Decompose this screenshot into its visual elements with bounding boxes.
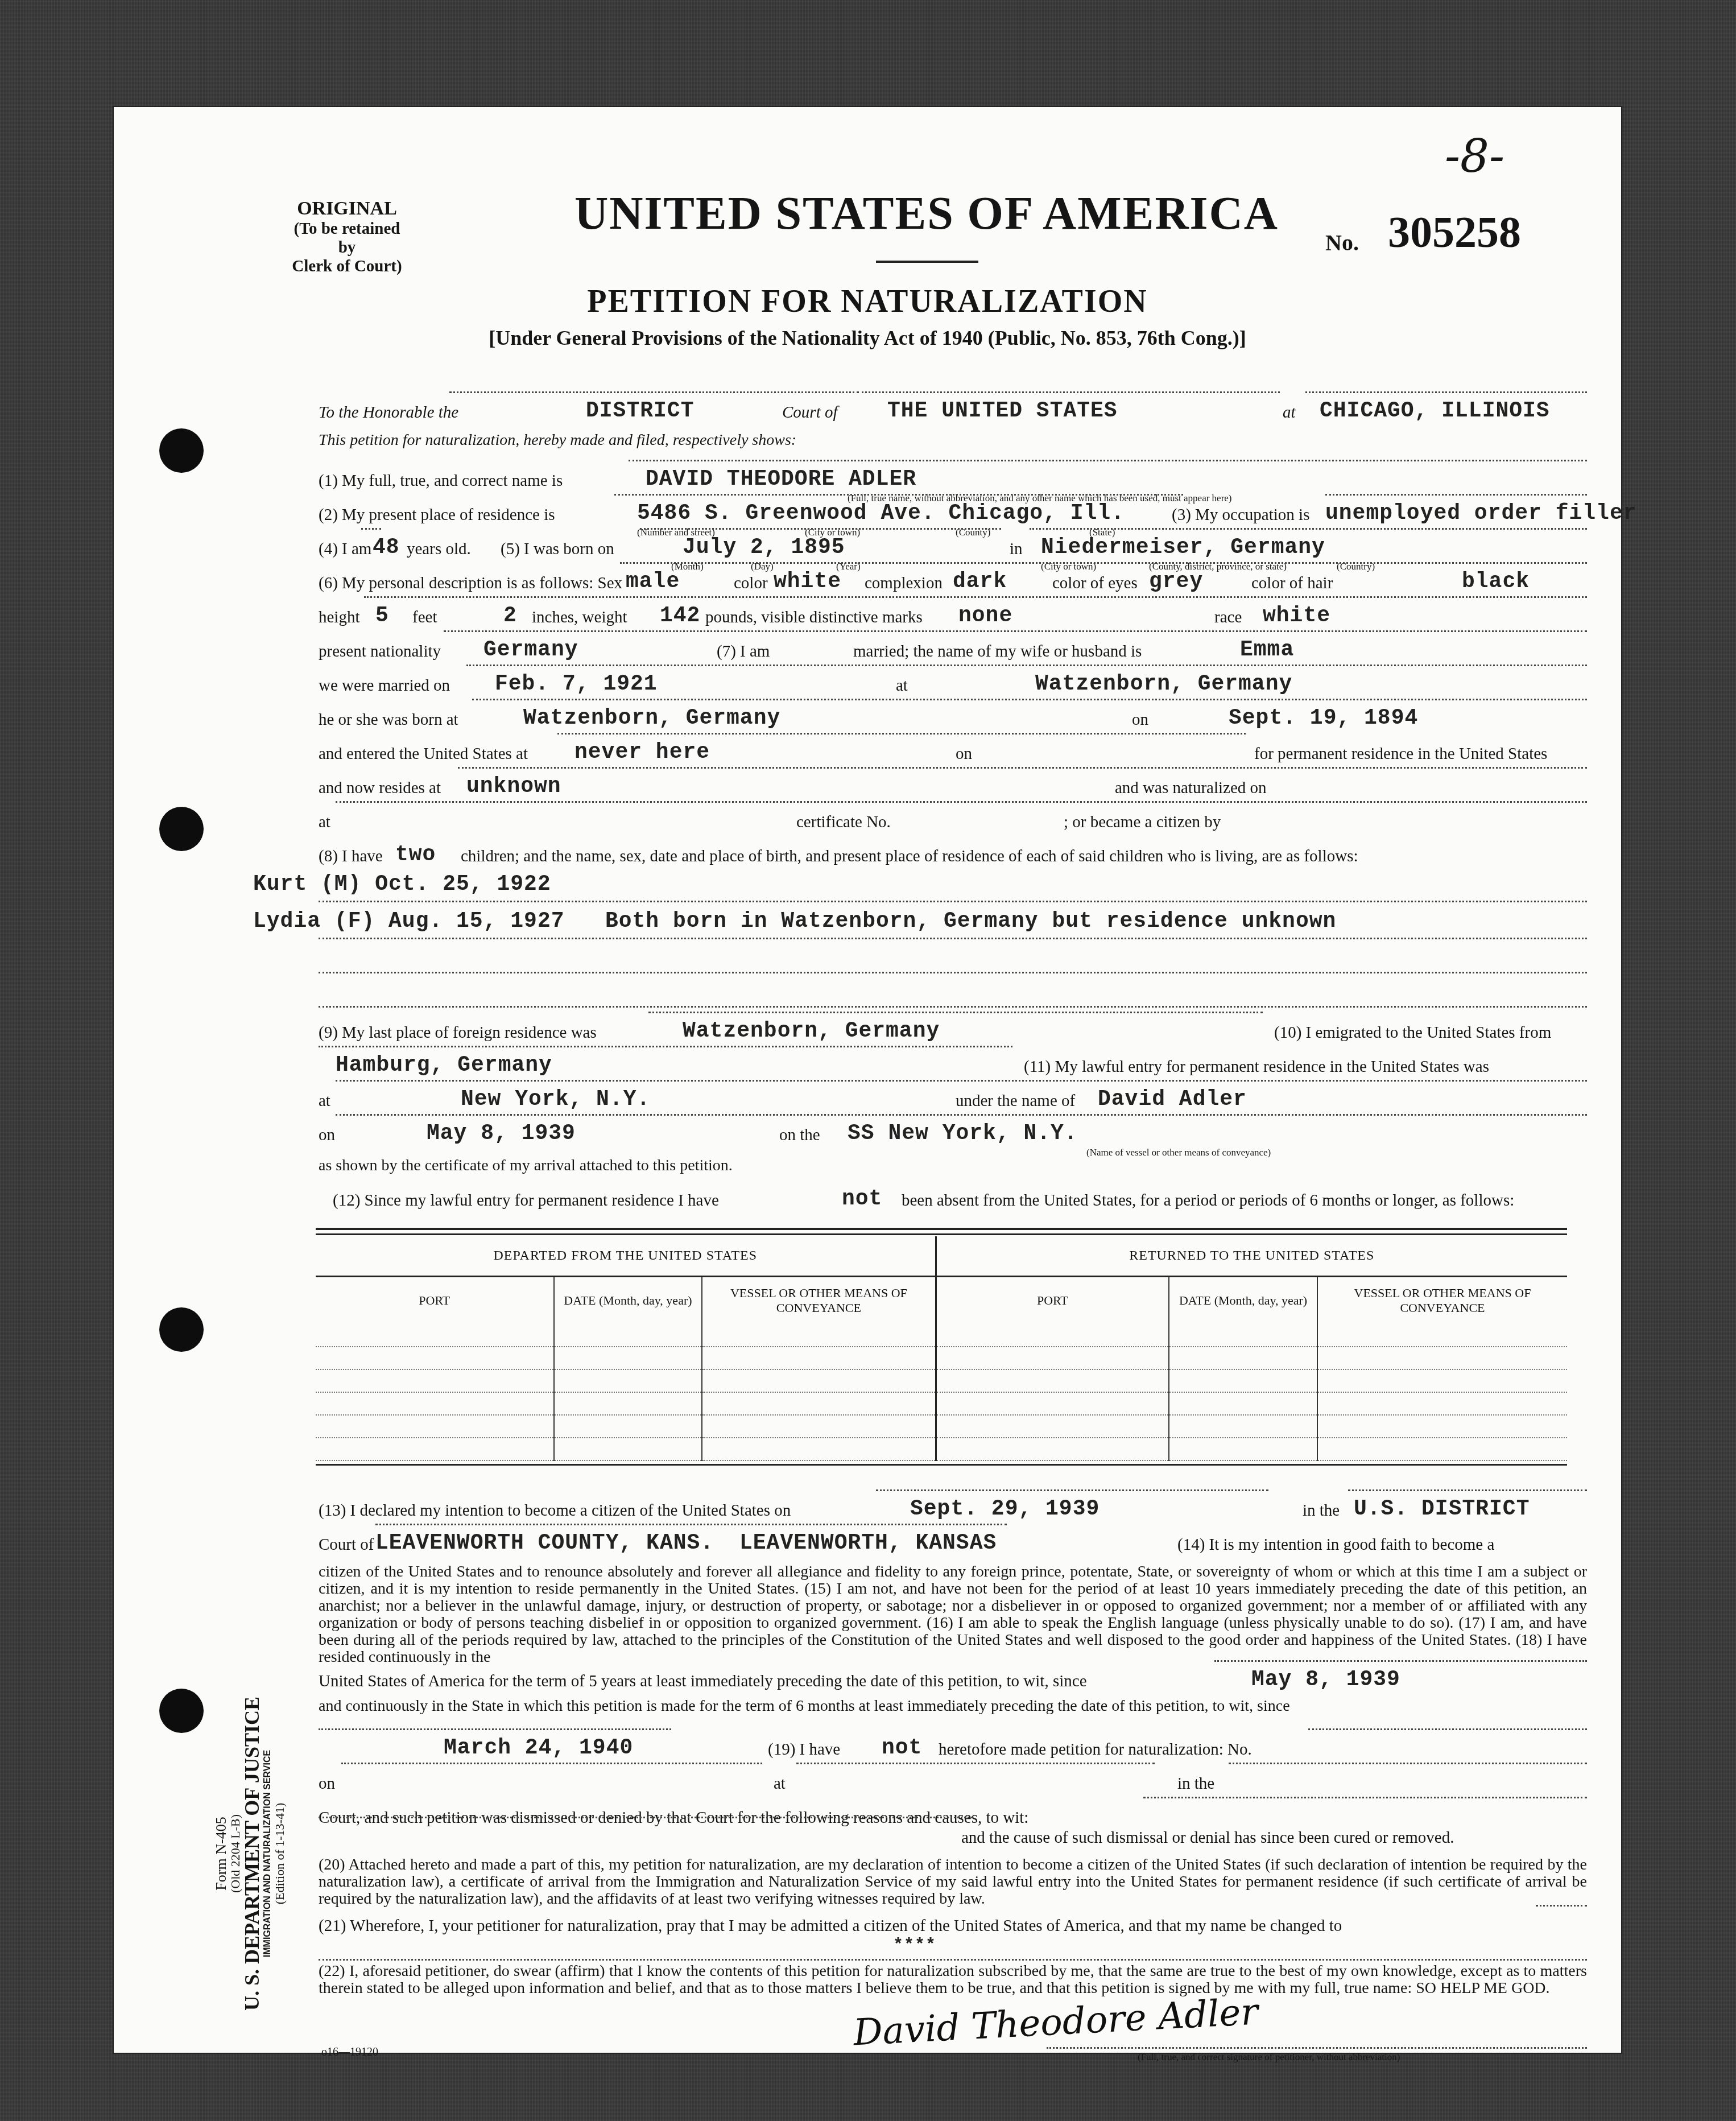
declaration-court-at: LEAVENWORTH, KANSAS [739,1531,997,1555]
declaration-court-row: Court of LEAVENWORTH COUNTY, KANS. LEAVE… [319,1524,1587,1558]
born-in-label: in [1010,540,1023,559]
item-4-5-age-birth: (4) I am 48 years old. (5) I was born on… [319,528,1587,562]
court-of-label: Court of [782,403,838,422]
old-form-number: (Old 2204 L-B) [229,1677,242,2030]
dotted-line [361,528,381,530]
item-9-10-foreign: (9) My last place of foreign residence w… [319,1012,1587,1046]
entry-at-row: at New York, N.Y. under the name of Davi… [319,1080,1587,1114]
column-header-vessel: VESSEL OR OTHER MEANS OF CONVEYANCE [1317,1276,1567,1324]
department-label: Form N-405 (Old 2204 L-B) U. S. DEPARTME… [213,1677,286,2030]
table-rule [316,1228,1567,1230]
dotted-line [319,1728,671,1730]
birth-date: July 2, 1895 [683,535,845,560]
color-label: color [734,574,768,593]
page-mark: -8- [1445,130,1504,183]
spouse-name: Emma [1240,638,1294,662]
color-value: white [774,570,841,594]
age-label: (4) I am [319,540,371,559]
item-21-name-change: (21) Wherefore, I, your petitioner for n… [319,1905,1587,1939]
returned-header: RETURNED TO THE UNITED STATES [936,1236,1567,1276]
oath-paragraph: citizen of the United States and to reno… [319,1563,1587,1666]
inches-label: inches, weight [532,608,627,627]
prior-on-label: on [319,1775,335,1793]
absent-label-post: been absent from the United States, for … [902,1191,1514,1210]
dotted-line [458,767,1587,769]
child-entry: Kurt (M) Oct. 25, 1922 [253,872,551,897]
spouse-label: married; the name of my wife or husband … [853,642,1142,661]
item-1-name: (1) My full, true, and correct name is D… [319,460,1587,494]
item-22-oath: (22) I, aforesaid petitioner, do swear (… [319,1963,1587,1997]
dotted-line [444,630,1587,632]
dotted-line [449,391,859,393]
column-header-port: PORT [316,1276,554,1324]
absence-table: DEPARTED FROM THE UNITED STATES RETURNED… [316,1236,1567,1461]
prior-value: not [882,1736,922,1760]
dotted-line [1308,1728,1587,1730]
born-label: (5) I was born on [501,540,614,559]
intent-label: (14) It is my intention in good faith to… [1177,1536,1494,1554]
entry-name-value: David Adler [1098,1087,1247,1112]
certificate-label: certificate No. [796,813,891,832]
petition-intro: This petition for naturalization, hereby… [319,431,796,449]
children-label: (8) I have [319,847,383,866]
spouse-born-on: Sept. 19, 1894 [1229,706,1418,731]
feet-label: feet [412,608,437,627]
table-row [316,1369,1567,1392]
residence-state-row: March 24, 1940 (19) I have not heretofor… [319,1728,1587,1763]
absent-value: not [842,1187,882,1211]
dotted-line [1030,528,1587,530]
punch-hole [159,428,204,473]
item-13-declaration: (13) I declared my intention to become a… [319,1489,1587,1524]
spouse-resides: unknown [466,774,561,799]
petition-title: PETITION FOR NATURALIZATION [114,283,1621,320]
entered-on-label: on [956,745,972,764]
foreign-res-label: (9) My last place of foreign residence w… [319,1024,597,1042]
form-number: Form N-405 [213,1677,229,2030]
table-row [316,1438,1567,1460]
spouse-born-row: he or she was born at Watzenborn, German… [319,699,1587,733]
original-label-block: ORIGINAL (To be retained by Clerk of Cou… [284,198,410,276]
dotted-line [1214,1660,1587,1662]
residence-value: 5486 S. Greenwood Ave. Chicago, Ill. [637,501,1125,526]
title-rule [876,261,978,263]
residence-us-label: United States of America for the term of… [319,1672,1087,1691]
residence-label: (2) My present place of residence is [319,506,555,525]
complexion-label: complexion [865,574,943,593]
form-code: o16—19120 [321,2046,378,2059]
child-entry: Lydia (F) Aug. 15, 1927 Both born in Wat… [253,909,1336,934]
column-header-date: DATE (Month, day, year) [1169,1276,1317,1324]
dotted-line [319,901,1587,902]
departed-header: DEPARTED FROM THE UNITED STATES [316,1236,936,1276]
declaration-label: (13) I declared my intention to become a… [319,1501,791,1520]
pounds-label: pounds, visible distinctive marks [705,608,923,627]
table-row [316,1392,1567,1415]
court-of-value: THE UNITED STATES [887,399,1118,423]
prior-label-post: heretofore made petition for naturalizat… [939,1740,1252,1759]
dotted-line [862,391,1280,393]
emigrated-label: (10) I emigrated to the United States fr… [1274,1024,1551,1042]
dotted-line [557,733,1246,734]
signature-caption: (Full, true, and correct signature of pe… [1138,2052,1400,2063]
cured-row: and the cause of such dismissal or denia… [319,1817,1587,1851]
entry-at-label: at [319,1092,330,1111]
spouse-born-at: Watzenborn, Germany [523,706,780,731]
item-7-marriage: present nationality Germany (7) I am mar… [319,630,1587,665]
court-to-label: To the Honorable the [319,403,458,422]
citizen-by-label: ; or became a citizen by [1064,813,1221,832]
column-header-date: DATE (Month, day, year) [554,1276,702,1324]
spouse-born-label: he or she was born at [319,711,458,729]
dotted-line [620,562,1587,564]
dotted-line [319,1046,1012,1047]
dotted-line [341,1763,762,1764]
name-change-label: (21) Wherefore, I, your petitioner for n… [319,1917,1342,1936]
entry-on-label: on [319,1126,335,1145]
naturalization-petition-page: ORIGINAL (To be retained by Clerk of Cou… [114,107,1621,2053]
table-rule [316,1233,1567,1235]
eyes-label: color of eyes [1052,574,1138,593]
prior-petition-row: on at in the [319,1763,1587,1797]
entered-label: and entered the United States at [319,745,528,764]
retained-note: Clerk of Court) [284,257,410,276]
column-header-vessel: VESSEL OR OTHER MEANS OF CONVEYANCE [702,1276,936,1324]
hair-label: color of hair [1251,574,1333,593]
children-label-post: children; and the name, sex, date and pl… [461,847,1358,866]
married-on-value: Feb. 7, 1921 [495,672,658,696]
dotted-line [336,801,1587,803]
arrival-note: as shown by the certificate of my arriva… [319,1157,733,1175]
residence-state-since: March 24, 1940 [444,1736,633,1760]
birth-place: Niedermeiser, Germany [1041,535,1325,560]
signature-line [1047,2047,1587,2049]
complexion-value: dark [953,570,1007,594]
marks-value: none [958,604,1012,628]
table-row [316,1324,1567,1347]
resides-label: and now resides at [319,779,441,798]
at-label: at [319,813,330,832]
height-inches: 2 [503,604,517,628]
court-at-label: at [1283,403,1296,422]
dotted-line [319,938,1587,939]
dotted-line [466,665,1587,666]
residence-state-label: and continuously in the State in which t… [319,1697,1587,1715]
race-label: race [1214,608,1242,627]
description-label: (6) My personal description is as follow… [319,574,622,593]
item-6-description: (6) My personal description is as follow… [319,562,1587,596]
cured-label: and the cause of such dismissal or denia… [961,1829,1454,1847]
lawful-entry-label: (11) My lawful entry for permanent resid… [1024,1058,1489,1076]
punch-hole [159,1689,204,1733]
prior-label: (19) I have [768,1740,840,1759]
dotted-line [640,528,1001,530]
petition-number: 305258 [1388,207,1521,258]
dotted-line [796,1763,1155,1764]
hair-value: black [1462,570,1530,594]
original-label: ORIGINAL [284,198,410,220]
naturalized-label: and was naturalized on [1115,779,1267,798]
spouse-entered-row: and entered the United States at never h… [319,733,1587,767]
declaration-court: U.S. DISTRICT [1354,1497,1530,1521]
retained-note: (To be retained by [284,220,410,257]
name-change-value: **** [893,1936,936,1955]
married-on-row: we were married on Feb. 7, 1921 at Watze… [319,665,1587,699]
married-on-label: we were married on [319,676,450,695]
married-at-label: at [896,676,908,695]
dotted-line [648,1012,1263,1013]
punch-hole [159,1307,204,1352]
dotted-line [319,1006,1587,1008]
declaration-court-of: LEAVENWORTH COUNTY, KANS. [375,1531,714,1555]
column-header-port: PORT [936,1276,1169,1324]
name-label: (1) My full, true, and correct name is [319,472,563,490]
service-name: IMMIGRATION AND NATURALIZATION SERVICE [263,1677,273,2030]
country-title: UNITED STATES OF AMERICA [574,187,1279,240]
married-at-value: Watzenborn, Germany [1035,672,1292,696]
dotted-line [876,1489,1268,1491]
dotted-line [629,460,1587,461]
full-name: DAVID THEODORE ADLER [646,467,916,492]
married-label: (7) I am [717,642,770,661]
spouse-entered-at: never here [574,740,710,765]
edition: (Edition of 1-13-41) [273,1677,286,2030]
occupation-value: unemployed order filler [1325,501,1637,526]
residence-us-row: United States of America for the term of… [319,1660,1587,1694]
foreign-res-value: Watzenborn, Germany [683,1019,940,1043]
table-row [316,1415,1567,1438]
spouse-born-on-label: on [1132,711,1148,729]
nationality-value: Germany [483,638,578,662]
item-8-children: (8) I have two children; and the name, s… [319,835,1587,869]
entry-vessel-label: on the [779,1126,820,1145]
weight-value: 142 [660,604,700,628]
sex-value: male [626,570,680,594]
court-type: DISTRICT [586,399,694,423]
petition-subtitle: [Under General Provisions of the Nationa… [114,326,1621,350]
dotted-line [336,1080,1587,1082]
spouse-certificate-row: at certificate No. ; or became a citizen… [319,801,1587,835]
item-20-attachments: (20) Attached hereto and made a part of … [319,1856,1587,1908]
prior-in-label: in the [1177,1775,1214,1793]
dotted-line [1229,1763,1587,1764]
emigrated-from: Hamburg, Germany [336,1053,552,1078]
height-label: height [319,608,360,627]
dotted-line [319,972,1587,973]
age-label-post: years old. [407,540,471,559]
item-6-height-weight: height 5 feet 2 inches, weight 142 pound… [319,596,1587,630]
item-10-11-emigration: Hamburg, Germany (11) My lawful entry fo… [319,1046,1587,1080]
eyes-value: grey [1149,570,1203,594]
item-2-residence: (2) My present place of residence is 548… [319,494,1587,528]
entry-vessel-value: SS New York, N.Y. [848,1121,1078,1146]
prior-at-label: at [774,1775,786,1793]
nationality-label: present nationality [319,642,441,661]
table-rule [316,1464,1567,1466]
absent-label: (12) Since my lawful entry for permanent… [333,1191,719,1210]
item-12-absence: (12) Since my lawful entry for permanent… [333,1179,1587,1214]
dotted-line [614,494,1183,496]
dotted-line [336,1114,1587,1116]
dotted-line [1536,1905,1587,1907]
dotted-line [1143,1797,1587,1798]
number-label: No. [1325,229,1359,256]
residence-us-since: May 8, 1939 [1251,1668,1400,1692]
dotted-line [1325,494,1587,496]
in-the-label: in the [1303,1501,1340,1520]
children-count: two [395,843,436,867]
entry-on-row: on May 8, 1939 on the SS New York, N.Y. … [319,1114,1587,1148]
department-name: U. S. DEPARTMENT OF JUSTICE [242,1677,263,2030]
entry-name-label: under the name of [956,1092,1075,1111]
declaration-date: Sept. 29, 1939 [910,1497,1100,1521]
dotted-line [319,1817,973,1818]
table-row [316,1347,1567,1369]
punch-hole [159,807,204,851]
dotted-line [1305,391,1587,393]
dotted-line [472,699,1587,700]
dotted-line [319,1959,1587,1961]
spouse-resides-row: and now resides at unknown and was natur… [319,767,1587,801]
vessel-caption: (Name of vessel or other means of convey… [1086,1147,1271,1158]
entry-at-value: New York, N.Y. [461,1087,650,1112]
height-feet: 5 [375,604,389,628]
entry-on-value: May 8, 1939 [427,1121,576,1146]
race-value: white [1263,604,1330,628]
court-at-value: CHICAGO, ILLINOIS [1320,399,1550,423]
dotted-line [364,596,1587,598]
age-value: 48 [373,535,400,560]
court-of-label: Court of [319,1536,374,1554]
dotted-line [1348,1489,1587,1491]
occupation-label: (3) My occupation is [1172,506,1309,525]
court-line: To the Honorable the DISTRICT Court of T… [319,391,1587,426]
dotted-line [375,1524,1007,1525]
petitioner-signature: David Theodore Adler [853,1991,1259,2054]
entered-post-label: for permanent residence in the United St… [1254,745,1547,764]
